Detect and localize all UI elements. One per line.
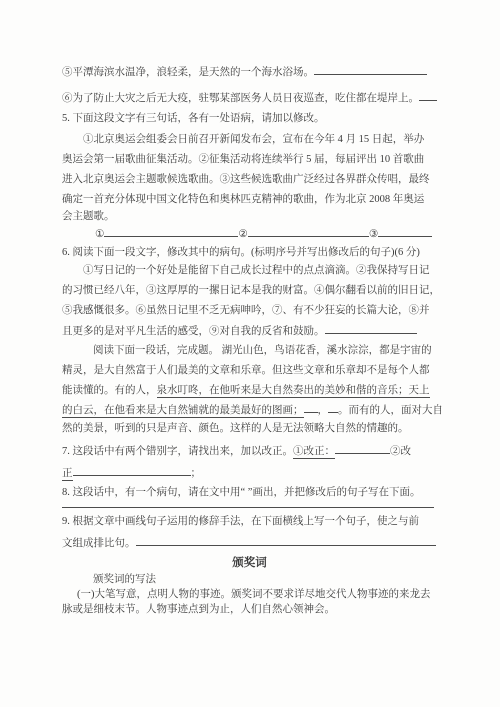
text-segment: 能读懂的。有的人， (62, 385, 157, 396)
text-segment: 9. 根据文章中画线句子运用的修辞手法，在下面横线上写一个句子，使之与前 (62, 516, 419, 527)
blank-underline (314, 62, 427, 75)
question-6-passage-line-3: ⑤我感慨很多。⑥虽然日记里不乏无病呻吟，⑦、有不少狂妄的长篇大论，⑧并 (62, 301, 437, 321)
text-segment: ⑥为了防止大灾之后无大疫，驻鄂某部医务人员日夜巡查，吃住都在堤岸上。 (62, 93, 419, 104)
underlined-text: 正 (62, 468, 73, 481)
text-segment: ； (191, 468, 202, 479)
award-speech-tip-line-2: 脉或是细枝末节。人物事迹点到为止，人们自然心领神会。 (62, 600, 437, 620)
text-segment: ① (95, 229, 104, 240)
text-segment: 6. 阅读下面一段文字，修改其中的病句。(标明序号并写出修改后的句子)(6 分) (62, 247, 420, 258)
reading-passage-line-4: 的白云，在他看来是大自然铺就的最美最好的图画；，。而有的人，面对大自 (62, 400, 437, 421)
text-segment: ①北京奥运会组委会日前召开新闻发布会，宣布在今年 4 月 15 日起，举办 (83, 134, 424, 145)
text-segment: 颁奖词的写法 (93, 574, 156, 585)
text-segment: 7. 这段话中有两个错别字，请找出来，加以改正。 (62, 446, 293, 457)
text-segment: 文组成排比句。 (62, 538, 136, 549)
text-segment: 脉或是细枝末节。人物事迹点到为止，人们自然心领神会。 (62, 604, 335, 615)
question-9-prompt: 9. 根据文章中画线句子运用的修辞手法，在下面横线上写一个句子，使之与前 (62, 512, 437, 532)
text-segment: 奥运会第一届歌曲征集活动。②征集活动将连续举行 5 届，每届评出 10 首歌曲 (62, 154, 424, 165)
text-segment: ⑤平潭海滨水温净，浪轻柔，是天然的一个海水浴场。 (62, 67, 314, 78)
text-segment: 然的美景，听到的只是声音、颜色。这样的人是无法领略大自然的情趣的。 (62, 423, 409, 434)
text-segment: ② (238, 229, 247, 240)
reading-passage-line-2: 精灵，是大自然富于人们最美的文章和乐章。但这些文章和乐章却不是每个人都 (62, 361, 437, 381)
blank-underline (104, 224, 238, 237)
text-segment: ③ (369, 229, 378, 240)
blank-underline (73, 463, 191, 476)
text-segment: ②改 (390, 446, 411, 457)
text-segment: ⑤我感慨很多。⑥虽然日记里不乏无病呻吟，⑦、有不少狂妄的长篇大论，⑧并 (62, 305, 430, 316)
reading-passage-line-1: 阅读下面一段话，完成题。 湖光山色，鸟语花香，溪水淙淙，都是宇宙的 (62, 341, 468, 361)
question-6-prompt: 6. 阅读下面一段文字，修改其中的病句。(标明序号并写出修改后的句子)(6 分) (62, 243, 437, 263)
text-segment: 会主题歌。 (62, 211, 115, 222)
text-segment: ， (318, 405, 329, 416)
underlined-text: ①改正： (293, 446, 335, 459)
blank-underline (419, 88, 437, 101)
blank-underline (304, 400, 318, 413)
blank-underline (378, 224, 432, 237)
text-segment: 5. 下面这段文字有三句话，各有一处语病，请加以修改。 (62, 113, 325, 124)
text-segment: 精灵，是大自然富于人们最美的文章和乐章。但这些文章和乐章却不是每个人都 (62, 365, 430, 376)
text-segment: 颁奖词 (232, 557, 267, 569)
text-segment: 。而有的人，面对大自 (338, 405, 443, 416)
text-segment: ①写日记的一个好处是能留下自己成长过程中的点点滴滴。②我保持写日记 (83, 265, 430, 276)
text-segment: 的习惯已经八年，③这厚厚的一摞日记本是我的财富。④偶尔翻看以前的旧日记， (62, 285, 440, 296)
blank-underline (335, 441, 390, 454)
question-5-passage-line-1: ①北京奥运会组委会日前召开新闻发布会，宣布在今年 4 月 15 日起，举办 (62, 130, 458, 150)
question-6-passage-line-4: 且更多的是对平凡生活的感受，⑨对自我的反省和鼓励。 (62, 321, 437, 342)
sentence-5-revision: ⑤平潭海滨水温净，浪轻柔，是天然的一个海水浴场。 (62, 62, 437, 83)
sentence-6-revision: ⑥为了防止大灾之后无大疫，驻鄂某部医务人员日夜巡查，吃住都在堤岸上。 (62, 88, 437, 109)
underlined-text: 泉水叮咚，在他听来是大自然奏出的美妙和偕的音乐；天上 (157, 385, 430, 398)
question-5-passage-line-2: 奥运会第一届歌曲征集活动。②征集活动将连续举行 5 届，每届评出 10 首歌曲 (62, 150, 437, 170)
worksheet-page: ⑤平潭海滨水温净，浪轻柔，是天然的一个海水浴场。⑥为了防止大灾之后无大疫，驻鄂某… (0, 0, 500, 707)
question-5-answer-blanks: ①②③ (62, 224, 470, 245)
underlined-text: 的白云，在他看来是大自然铺就的最美最好的图画； (62, 405, 304, 418)
reading-passage-line-3: 能读懂的。有的人，泉水叮咚，在他听来是大自然奏出的美妙和偕的音乐；天上 (62, 381, 437, 401)
blank-underline (136, 533, 436, 546)
question-5-passage-line-3: 进入北京奥运会主题歌候选歌曲。③这些候选歌曲广泛经过各界群众传唱，最终 (62, 170, 437, 190)
text-segment: 阅读下面一段话，完成题。 湖光山色，鸟语花香，溪水淙淙，都是宇宙的 (93, 345, 432, 356)
question-7-prompt: 7. 这段话中有两个错别字，请找出来，加以改正。①改正：②改 (62, 441, 437, 462)
question-6-passage-line-1: ①写日记的一个好处是能留下自己成长过程中的点点滴滴。②我保持写日记 (62, 261, 458, 281)
reading-passage-line-5: 然的美景，听到的只是声音、颜色。这样的人是无法领略大自然的情趣的。 (62, 419, 437, 439)
blank-underline (328, 400, 338, 413)
text-segment: 且更多的是对平凡生活的感受，⑨对自我的反省和鼓励。 (62, 326, 325, 337)
text-segment: 进入北京奥运会主题歌候选歌曲。③这些候选歌曲广泛经过各界群众传唱，最终 (62, 174, 430, 185)
question-7-answer-line: 正； (62, 463, 437, 484)
blank-underline (62, 495, 434, 508)
question-6-passage-line-2: 的习惯已经八年，③这厚厚的一摞日记本是我的财富。④偶尔翻看以前的旧日记， (62, 281, 437, 301)
text-segment: (一)大笔写意，点明人物的事迹。颁奖词不要求详尽地交代人物事迹的来龙去 (77, 589, 431, 600)
blank-underline (248, 224, 369, 237)
text-segment: 确定一首充分体现中国文化特色和奥林匹克精神的歌曲，作为北京 2008 年奥运 (62, 194, 424, 205)
question-9-answer-line: 文组成排比句。 (62, 533, 437, 554)
blank-underline (325, 321, 417, 334)
question-5-prompt: 5. 下面这段文字有三句话，各有一处语病，请加以修改。 (62, 109, 437, 129)
